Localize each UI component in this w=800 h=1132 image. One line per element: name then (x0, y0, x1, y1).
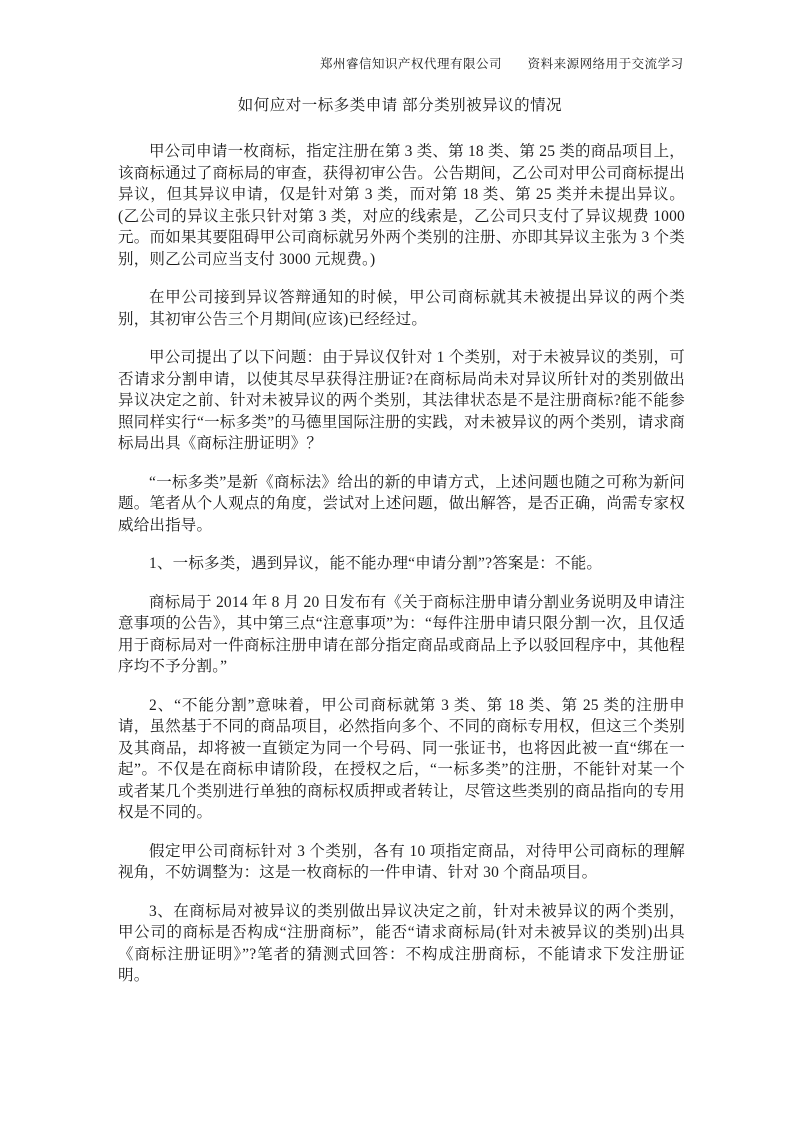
paragraph-notice-period: 在甲公司接到异议答辩通知的时候，甲公司商标就其未被提出异议的两个类别，其初审公告… (118, 287, 685, 330)
paragraph-point-1: 1、一标多类，遇到异议，能不能办理“申请分割”?答案是：不能。 (118, 553, 685, 575)
paragraph-assumption: 假定甲公司商标针对 3 个类别，各有 10 项指定商品，对待甲公司商标的理解视角… (118, 841, 685, 884)
header-source-note: 资料来源网络用于交流学习 (528, 57, 684, 71)
paragraph-point-3: 3、在商标局对被异议的类别做出异议决定之前，针对未被异议的两个类别，甲公司的商标… (118, 901, 685, 987)
page-title: 如何应对一标多类申请 部分类别被异议的情况 (0, 95, 800, 117)
document-body: 甲公司申请一枚商标，指定注册在第 3 类、第 18 类、第 25 类的商品项目上… (118, 141, 685, 987)
paragraph-announcement-2014: 商标局于 2014 年 8 月 20 日发布有《关于商标注册申请分割业务说明及申… (118, 592, 685, 678)
page-header: 郑州睿信知识产权代理有限公司 资料来源网络用于交流学习 (0, 0, 800, 73)
paragraph-intro-case: 甲公司申请一枚商标，指定注册在第 3 类、第 18 类、第 25 类的商品项目上… (118, 141, 685, 270)
paragraph-questions: 甲公司提出了以下问题：由于异议仅针对 1 个类别，对于未被异议的类别，可否请求分… (118, 347, 685, 455)
document-page: 郑州睿信知识产权代理有限公司 资料来源网络用于交流学习 如何应对一标多类申请 部… (0, 0, 800, 1132)
header-company-name: 郑州睿信知识产权代理有限公司 (320, 57, 502, 71)
paragraph-point-2: 2、“不能分割”意味着，甲公司商标就第 3 类、第 18 类、第 25 类的注册… (118, 695, 685, 824)
paragraph-new-law-note: “一标多类”是新《商标法》给出的新的申请方式，上述问题也随之可称为新问题。笔者从… (118, 472, 685, 537)
